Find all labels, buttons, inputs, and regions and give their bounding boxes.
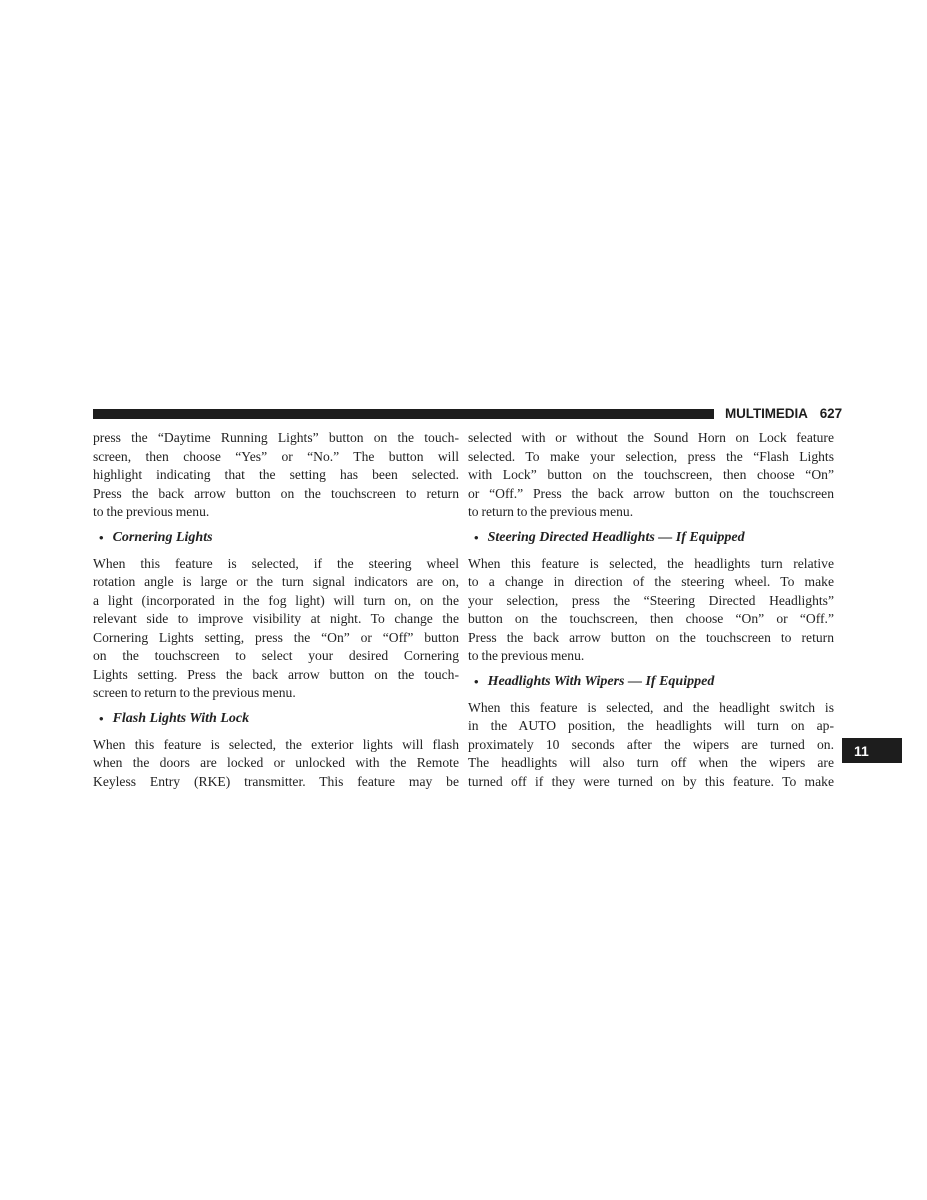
- text-line: to the previous menu.: [93, 503, 459, 522]
- manual-page: MULTIMEDIA 627 press the “Daytime Runnin…: [0, 0, 927, 1200]
- text-line: screen to return to the previous menu.: [93, 684, 459, 703]
- text-line: The headlights will also turn off when t…: [468, 754, 834, 773]
- steering-headlights-paragraph: When this feature is selected, the headl…: [468, 555, 834, 666]
- left-column: press the “Daytime Running Lights” butto…: [93, 429, 459, 798]
- text-line: in the AUTO position, the headlights wil…: [468, 717, 834, 736]
- text-line: when the doors are locked or unlocked wi…: [93, 754, 459, 773]
- cornering-lights-paragraph: When this feature is selected, if the st…: [93, 555, 459, 703]
- text-line: selected with or without the Sound Horn …: [468, 429, 834, 448]
- content-columns: press the “Daytime Running Lights” butto…: [93, 429, 834, 798]
- cornering-lights-heading: • Cornering Lights: [93, 529, 459, 547]
- text-line: to return to the previous menu.: [468, 503, 834, 522]
- bullet-icon: •: [99, 529, 104, 547]
- bullet-icon: •: [474, 529, 479, 547]
- heading-label: Cornering Lights: [113, 529, 213, 547]
- text-line: Keyless Entry (RKE) transmitter. This fe…: [93, 773, 459, 792]
- text-line: Press the back arrow button on the touch…: [93, 485, 459, 504]
- chapter-tab: 11: [842, 738, 902, 763]
- text-line: screen, then choose “Yes” or “No.” The b…: [93, 448, 459, 467]
- text-line: your selection, press the “Steering Dire…: [468, 592, 834, 611]
- text-line: on the touchscreen to select your desire…: [93, 647, 459, 666]
- text-line: proximately 10 seconds after the wipers …: [468, 736, 834, 755]
- text-line: rotation angle is large or the turn sign…: [93, 573, 459, 592]
- intro-paragraph: press the “Daytime Running Lights” butto…: [93, 429, 459, 522]
- text-line: When this feature is selected, the headl…: [468, 555, 834, 574]
- right-column: selected with or without the Sound Horn …: [468, 429, 834, 798]
- header-rule: [93, 409, 714, 419]
- headlights-wipers-paragraph: When this feature is selected, and the h…: [468, 699, 834, 792]
- text-line: When this feature is selected, and the h…: [468, 699, 834, 718]
- flash-lights-paragraph: When this feature is selected, the exter…: [93, 736, 459, 792]
- text-line: to a change in direction of the steering…: [468, 573, 834, 592]
- text-line: with Lock” button on the touchscreen, th…: [468, 466, 834, 485]
- text-line: to the previous menu.: [468, 647, 834, 666]
- header-text: MULTIMEDIA 627: [725, 406, 842, 421]
- header-page-number: 627: [820, 406, 842, 421]
- text-line: press the “Daytime Running Lights” butto…: [93, 429, 459, 448]
- heading-label: Headlights With Wipers — If Equipped: [488, 673, 715, 691]
- text-line: or “Off.” Press the back arrow button on…: [468, 485, 834, 504]
- text-line: highlight indicating that the setting ha…: [93, 466, 459, 485]
- bullet-icon: •: [474, 673, 479, 691]
- steering-headlights-heading: • Steering Directed Headlights — If Equi…: [468, 529, 834, 547]
- text-line: Press the back arrow button on the touch…: [468, 629, 834, 648]
- heading-label: Flash Lights With Lock: [113, 710, 250, 728]
- text-line: a light (incorporated in the fog light) …: [93, 592, 459, 611]
- text-line: selected. To make your selection, press …: [468, 448, 834, 467]
- text-line: Cornering Lights setting, press the “On”…: [93, 629, 459, 648]
- header-section-label: MULTIMEDIA: [725, 406, 808, 421]
- page-header: MULTIMEDIA 627: [93, 406, 842, 421]
- text-line: relevant side to improve visibility at n…: [93, 610, 459, 629]
- text-line: Lights setting. Press the back arrow but…: [93, 666, 459, 685]
- flash-lights-heading: • Flash Lights With Lock: [93, 710, 459, 728]
- headlights-wipers-heading: • Headlights With Wipers — If Equipped: [468, 673, 834, 691]
- heading-label: Steering Directed Headlights — If Equipp…: [488, 529, 745, 547]
- text-line: turned off if they were turned on by thi…: [468, 773, 834, 792]
- flash-lights-continued-paragraph: selected with or without the Sound Horn …: [468, 429, 834, 522]
- chapter-tab-label: 11: [854, 743, 869, 759]
- text-line: button on the touchscreen, then choose “…: [468, 610, 834, 629]
- text-line: When this feature is selected, if the st…: [93, 555, 459, 574]
- text-line: When this feature is selected, the exter…: [93, 736, 459, 755]
- bullet-icon: •: [99, 710, 104, 728]
